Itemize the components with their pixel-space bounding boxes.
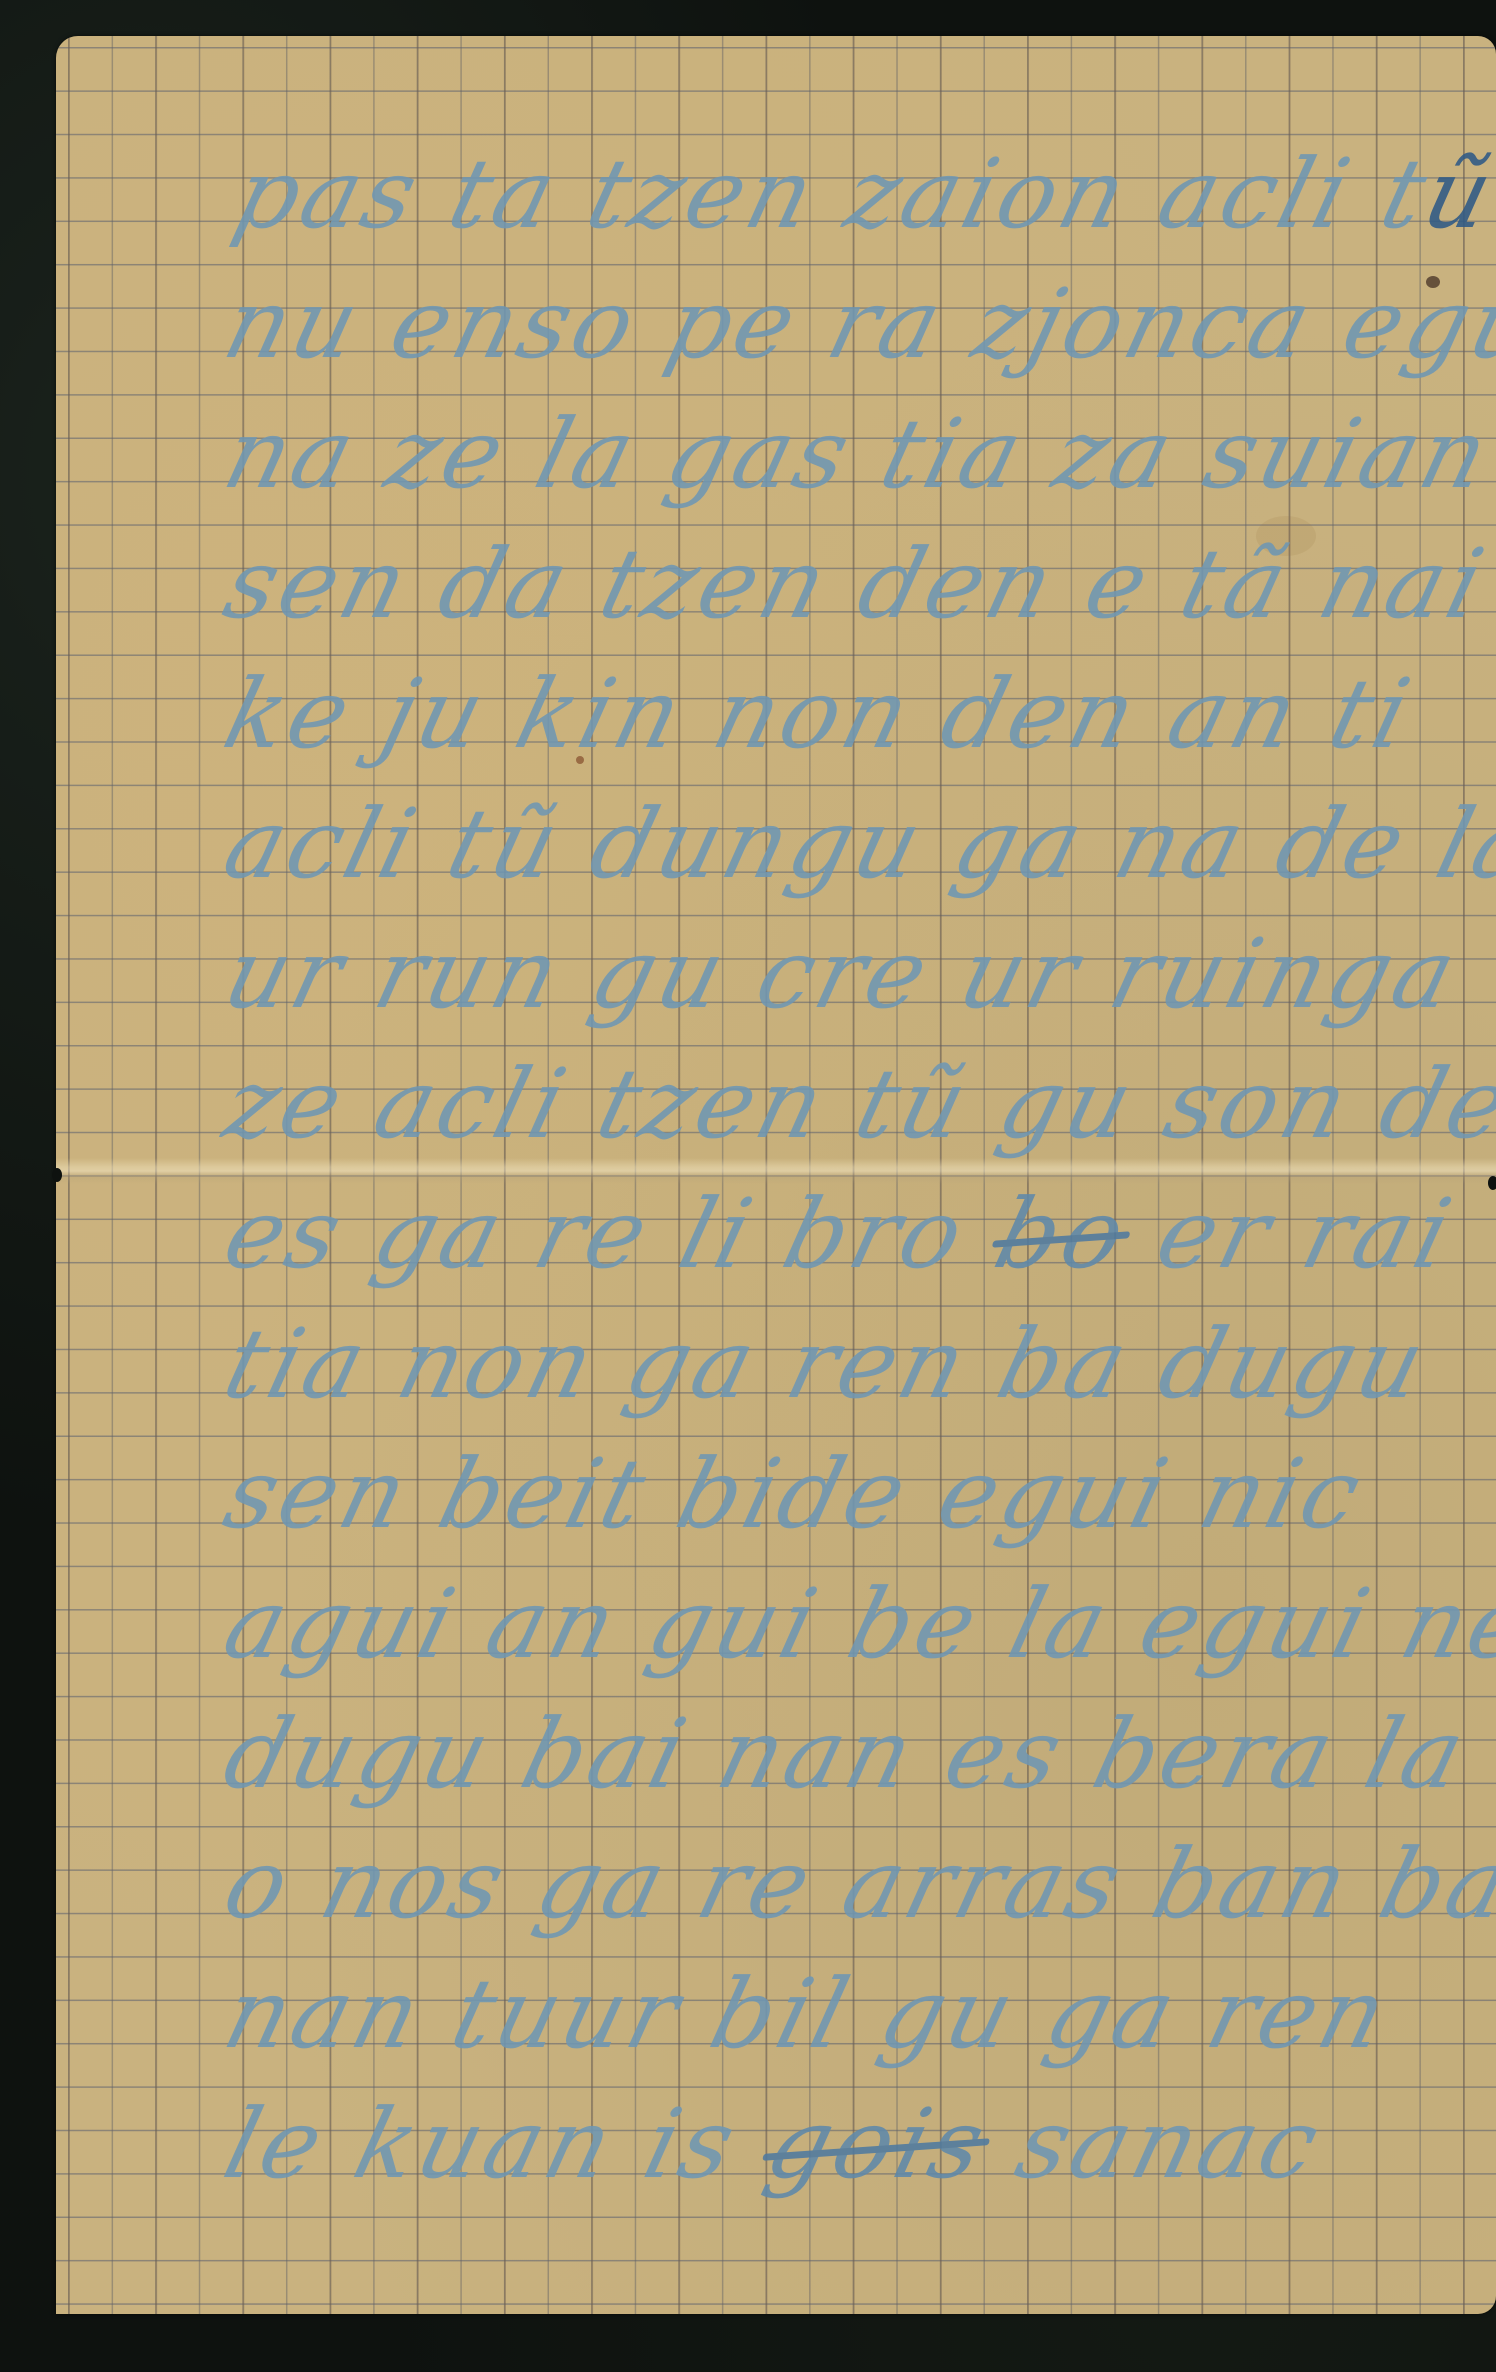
text-line-5: ke ju kin non den an ti [216,666,1422,762]
paper-edge-tear [52,1168,62,1182]
text-line-10: tia non ga ren ba dugu [216,1316,1437,1412]
line-text: er rai [1112,1178,1465,1290]
line-text: o nos ga re arras ban bai [214,1828,1496,1940]
handwritten-text: pas ta tzen zaion acli tũ nu enso pe ra … [56,36,1496,2314]
line-text: ke ju kin non den an ti [214,658,1424,770]
text-line-1: pas ta tzen zaion acli tũ [226,146,1496,242]
struck-out-word: gois [756,2088,999,2200]
text-line-12: agui an gui be la egui nen [216,1576,1496,1672]
text-line-9: es ga re li bro bo er rai [216,1186,1463,1282]
line-text: dugu bai nan es bera la [214,1698,1479,1810]
line-text: ze acli tzen tũ gu son deva [214,1048,1496,1160]
text-line-11: sen beit bide egui nic [216,1446,1373,1542]
line-text: na ze la gas tia za suian [214,398,1496,510]
line-text: le kuan is [214,2088,784,2200]
line-text: tia non ga ren ba dugu [214,1308,1439,1420]
line-text: acli tũ dungu ga na de la [214,788,1496,900]
line-text: ur run gu cre ur ruinga [214,918,1470,1030]
line-text: sanac [971,2088,1333,2200]
line-text: agui an gui be la egui nen [214,1568,1496,1680]
text-line-2: nu enso pe ra zjonca egui [216,276,1496,372]
text-line-7: ur run gu cre ur ruinga [216,926,1468,1022]
line-text: pas ta tzen zaion acli t [224,138,1441,250]
line-text: sen beit bide egui nic [214,1438,1375,1550]
line-text: nu enso pe ra zjonca egui [214,268,1496,380]
text-line-14: o nos ga re arras ban bai [216,1836,1496,1932]
line-text: sen da tzen den e tã nai nu [214,528,1496,640]
line-text: nan tuur bil gu ga ren [214,1958,1401,2070]
text-line-15: nan tuur bil gu ga ren [216,1966,1399,2062]
text-line-13: dugu bai nan es bera la [216,1706,1477,1802]
text-line-4: sen da tzen den e tã nai nu [216,536,1496,632]
text-line-16: le kuan is gois sanac [216,2096,1331,2192]
text-line-3: na ze la gas tia za suian [216,406,1496,502]
line-text: es ga re li bro [214,1178,1013,1290]
paper-edge-tear [1488,1176,1496,1190]
letter-page: pas ta tzen zaion acli tũ nu enso pe ra … [56,36,1496,2314]
text-line-8: ze acli tzen tũ gu son deva [216,1056,1496,1152]
text-line-6: acli tũ dungu ga na de la [216,796,1496,892]
